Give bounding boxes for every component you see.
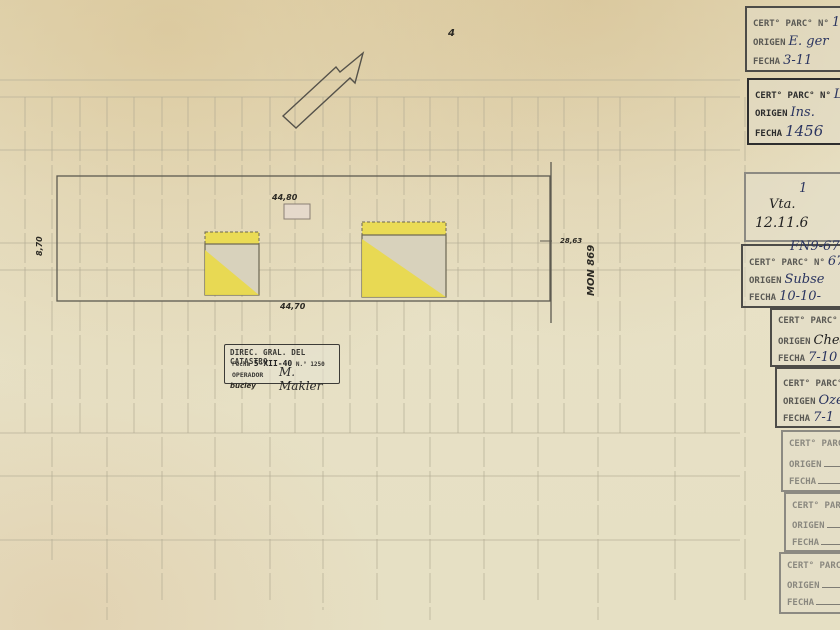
- building-left: [205, 232, 259, 295]
- cert-stamp: 1 Vta. 12.11.6: [744, 172, 840, 242]
- page-mark: 4: [448, 28, 455, 39]
- cert-stamp: CERT° PARC° ORIGENCheda FECHA7-10: [770, 308, 840, 367]
- catastro-stamp: DIREC. GRAL. DEL CATASTRO Fecha 5-XII-40…: [224, 344, 340, 384]
- left-side-dimension: 8,70: [35, 236, 44, 256]
- building-right: [362, 222, 446, 297]
- cert-stamp: CERT° PARC°Obs ORIGENOzeu FECHA7-1: [775, 367, 840, 428]
- street-label: MON 869: [586, 245, 597, 296]
- cert-stamp: CERT° PARC° N°1 ORIGENE. ger FECHA3-11: [745, 6, 840, 72]
- cert-stamp: CERT° PARC ORIGEN FECHA: [779, 552, 840, 614]
- lot-outline: [57, 176, 550, 301]
- cert-stamp: CERT° PAR ORIGEN FECHA: [784, 492, 840, 552]
- bottom-frontage-dimension: 44,70: [280, 302, 305, 311]
- top-frontage-dimension: 44,80: [272, 193, 297, 202]
- catastro-operador-signature: M. Makler: [279, 365, 339, 393]
- cadastral-sheet: 4 44,80 44,70 8,70 28,63 MON 869 DIREC. …: [0, 0, 840, 630]
- small-structure: [284, 204, 310, 219]
- catastro-operador-label: OPERADOR: [232, 371, 263, 379]
- right-offset-dimension: 28,63: [560, 237, 582, 245]
- catastro-note: bucley: [230, 382, 256, 390]
- north-arrow-icon: [283, 53, 363, 128]
- cert-stamp: CERT° PARC ORIGEN FECHA: [781, 430, 840, 492]
- cert-stamp: CERT° PARC° N°L ORIGENIns. FECHA1456: [747, 78, 840, 145]
- cert-stamp: FN9-67 CERT° PARC° N°67 ORIGENSubse FECH…: [741, 244, 840, 308]
- plan-drawing: [0, 0, 840, 630]
